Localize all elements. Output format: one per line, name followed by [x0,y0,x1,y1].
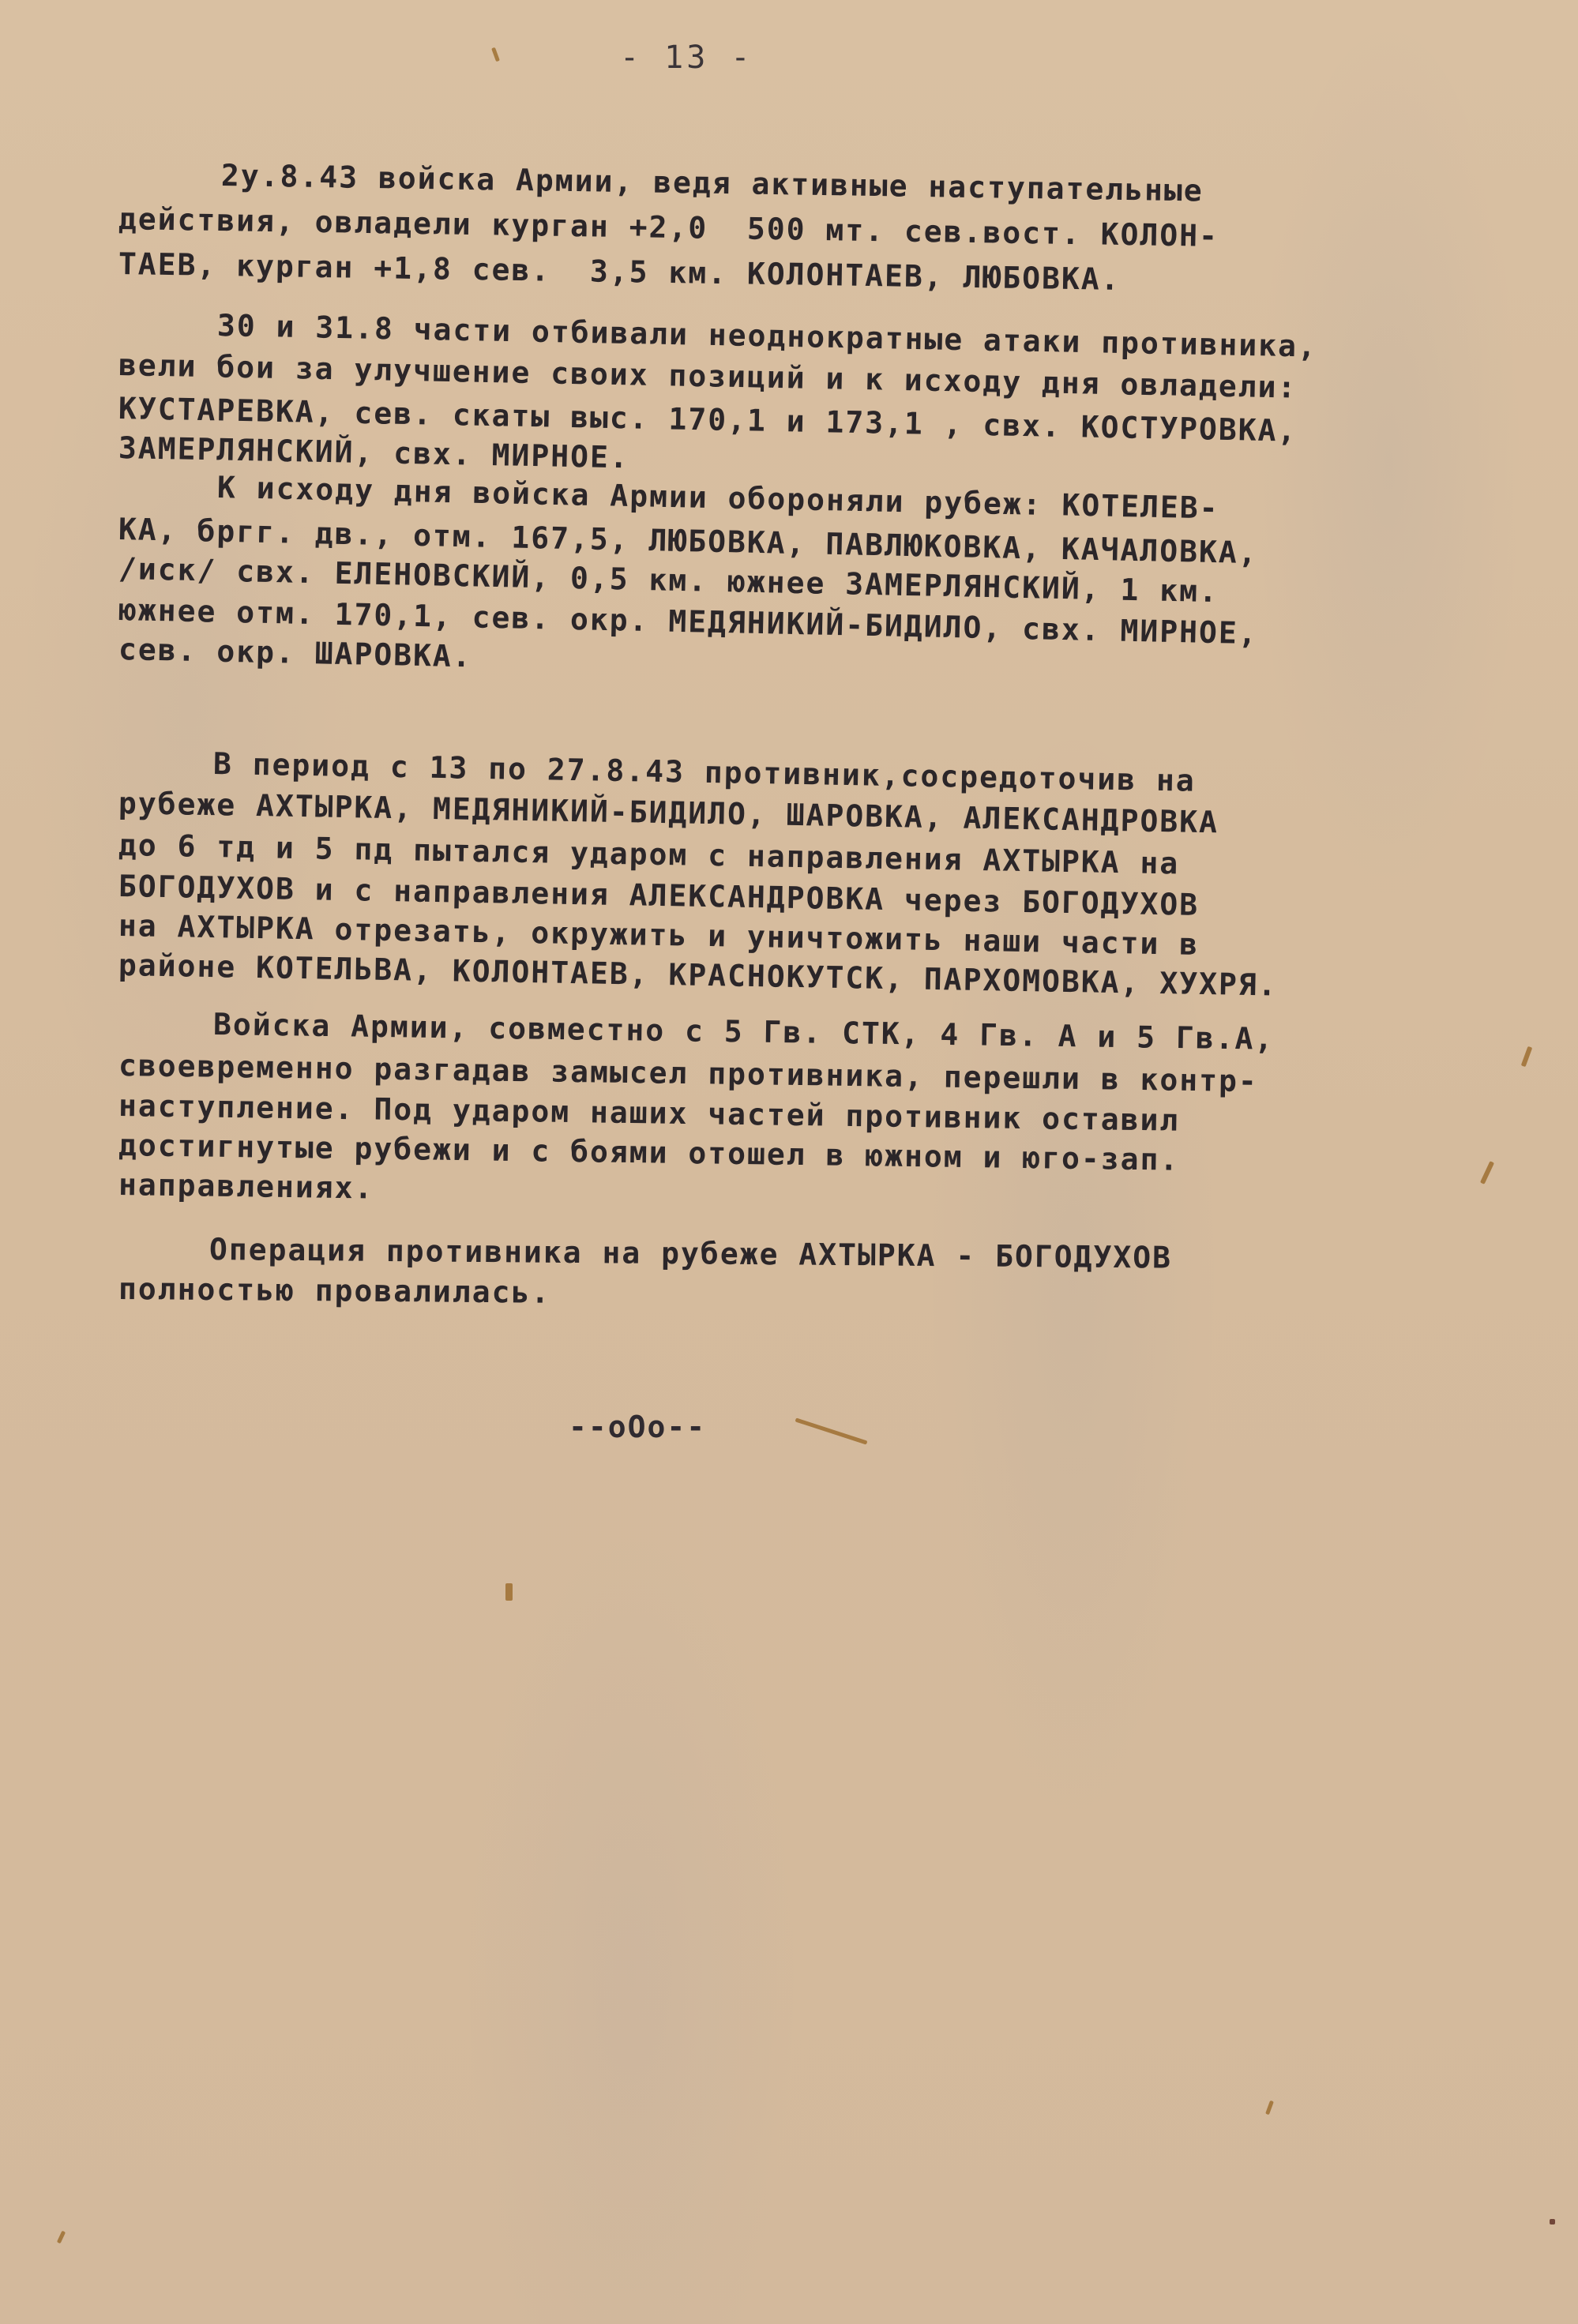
paragraph-5-line-1: Войска Армии, совместно с 5 Гв. СТК, 4 Г… [213,1007,1275,1057]
paragraph-6-line-2: полностью провалилась. [118,1271,551,1310]
page-number: - 13 - [620,39,753,76]
paper-fiber [1265,2101,1274,2116]
paper-fiber [491,47,500,62]
paper-fiber [795,1417,868,1444]
paper-fiber [1550,2219,1555,2225]
paragraph-1-line-2: действия, овладели курган +2,0 500 мт. с… [118,201,1219,253]
paragraph-1-line-1: 2у.8.43 войска Армии, ведя активные наст… [221,158,1204,208]
paper-fiber [1480,1161,1494,1185]
paragraph-6-line-1: Операция противника на рубеже АХТЫРКА - … [209,1232,1172,1275]
paragraph-1-line-3: ТАЕВ, курган +1,8 сев. 3,5 км. КОЛОНТАЕВ… [118,246,1121,297]
paper-fiber [1521,1046,1533,1067]
paragraph-5-line-5: направлениях. [118,1167,374,1206]
paragraph-3-line-5: сев. окр. ШАРОВКА. [118,632,473,674]
paper-fiber [505,1583,513,1601]
paragraph-2-line-4: ЗАМЕРЛЯНСКИЙ, свх. МИРНОЕ. [118,430,630,475]
paper-fiber [57,2231,66,2244]
end-separator: --oOo-- [569,1410,706,1444]
document-page: - 13 - 2у.8.43 войска Армии, ведя активн… [0,0,1578,2324]
